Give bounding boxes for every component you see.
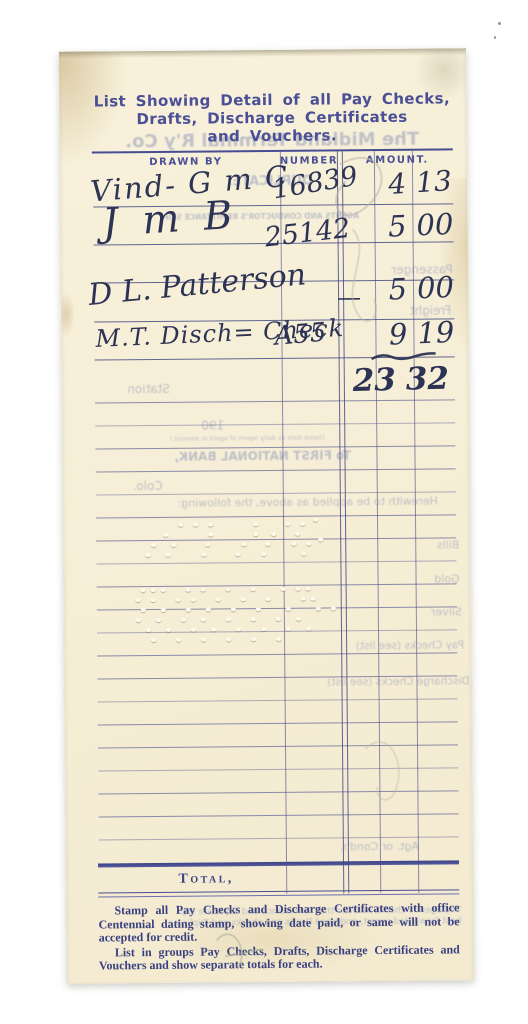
total-label: Total,	[126, 871, 286, 888]
punch-dot	[226, 617, 231, 621]
punch-dot	[201, 553, 206, 557]
punch-dot	[201, 638, 206, 642]
punch-dot	[176, 638, 181, 642]
punch-dot	[276, 637, 281, 641]
entry-4-number: A55	[273, 318, 327, 352]
punch-dot	[163, 533, 168, 537]
punch-dot	[191, 628, 196, 632]
punch-dot	[253, 532, 258, 536]
punch-dot	[300, 522, 305, 526]
punch-dot	[311, 597, 316, 601]
punch-dot	[306, 627, 311, 631]
entry-3-dollars: 5	[356, 272, 409, 308]
punch-dot	[261, 552, 266, 556]
punch-dot	[291, 542, 296, 546]
form-title-line: Drafts, Discharge Certificates	[91, 107, 452, 128]
punch-dot	[226, 587, 231, 591]
punch-dot	[166, 628, 171, 632]
punch-dot	[231, 607, 236, 611]
entry-4-cents: 19	[409, 314, 462, 350]
punch-dot	[181, 618, 186, 622]
punch-dot	[171, 543, 176, 547]
punch-dot	[156, 618, 161, 622]
punch-dot	[295, 532, 300, 536]
instruction-paragraph: Stamp all Pay Checks and Discharge Certi…	[98, 901, 459, 945]
entry-2-dollars: 5	[356, 209, 409, 245]
punch-dot	[296, 587, 301, 591]
punch-dot	[251, 587, 256, 591]
punch-dot	[193, 523, 198, 527]
punch-dot	[241, 597, 246, 601]
punch-dot	[276, 617, 281, 621]
instruction-paragraph: List in groups Pay Checks, Drafts, Disch…	[99, 943, 460, 973]
punch-dot	[285, 522, 290, 526]
punch-dot	[136, 598, 141, 602]
punch-dot	[216, 597, 221, 601]
punch-dot	[165, 553, 170, 557]
punch-dot	[176, 598, 181, 602]
punch-dot	[281, 587, 286, 591]
punch-dot	[136, 618, 141, 622]
form-title: List Showing Detail of all Pay Checks, D…	[91, 89, 452, 146]
punch-dot	[306, 542, 311, 546]
total-dollars: 23	[345, 362, 398, 399]
punch-dot	[151, 543, 156, 547]
punch-dot	[316, 607, 321, 611]
punch-dot	[253, 522, 258, 526]
entry-3-cents: 00	[408, 269, 461, 305]
punch-dot	[331, 606, 336, 610]
punch-dot	[186, 608, 191, 612]
form-title-line: and Vouchers.	[92, 125, 453, 146]
dust-speck	[498, 22, 501, 25]
punch-dot	[296, 617, 301, 621]
punch-dot	[271, 532, 276, 536]
punch-dot	[261, 627, 266, 631]
punch-dot	[178, 523, 183, 527]
total-cents: 32	[397, 360, 450, 397]
dust-speck	[494, 36, 496, 39]
instructions: Stamp all Pay Checks and Discharge Certi…	[98, 901, 460, 974]
punch-dot	[286, 627, 291, 631]
punch-dot	[235, 552, 240, 556]
entry-3-amount: 5 00	[356, 269, 461, 308]
punch-dot	[186, 588, 191, 592]
punch-dot	[191, 598, 196, 602]
remittance-form-paper: The Midland Terminal R'y Co.DUPLICATE.AG…	[59, 48, 474, 984]
punch-dot	[226, 637, 231, 641]
punch-dot	[146, 628, 151, 632]
punch-dot	[256, 607, 261, 611]
scan-page: { "document": { "title_lines": [ "List S…	[0, 0, 528, 1024]
punch-dot	[266, 597, 271, 601]
punch-dot	[151, 588, 156, 592]
entry-1-dollars: 4	[355, 167, 409, 203]
punch-dot	[208, 522, 213, 526]
punch-dot	[251, 617, 256, 621]
entry-1-amount: 4 13	[355, 164, 461, 203]
punch-dot	[236, 627, 241, 631]
punch-dot	[141, 608, 146, 612]
handwritten-total: 23 32	[345, 360, 450, 399]
punch-dot	[301, 552, 306, 556]
punch-dot	[265, 542, 270, 546]
punch-dot	[161, 608, 166, 612]
entry-4-dollars: 9	[357, 317, 410, 353]
punch-dot	[313, 518, 318, 522]
punch-dot	[201, 588, 206, 592]
punch-dot	[208, 532, 213, 536]
punch-dot	[151, 598, 156, 602]
punch-dot	[306, 587, 311, 591]
punch-dot	[161, 588, 166, 592]
punch-dot	[205, 542, 210, 546]
entry-1-cents: 13	[407, 164, 461, 200]
punch-dot	[301, 597, 306, 601]
punch-dot	[286, 607, 291, 611]
entry-2-drawn-by: J m B	[101, 193, 240, 246]
punch-dot	[211, 627, 216, 631]
punch-dot	[251, 637, 256, 641]
entry-2-amount: 5 00	[356, 206, 461, 245]
entry-2-cents: 00	[408, 206, 461, 242]
entry-4-amount: 9 19	[357, 314, 462, 353]
punch-dot	[318, 538, 323, 542]
punch-dot	[151, 638, 156, 642]
punch-dot	[206, 607, 211, 611]
punch-dot	[201, 618, 206, 622]
punch-dot	[141, 588, 146, 592]
punch-dot	[145, 553, 150, 557]
punch-dot	[241, 542, 246, 546]
